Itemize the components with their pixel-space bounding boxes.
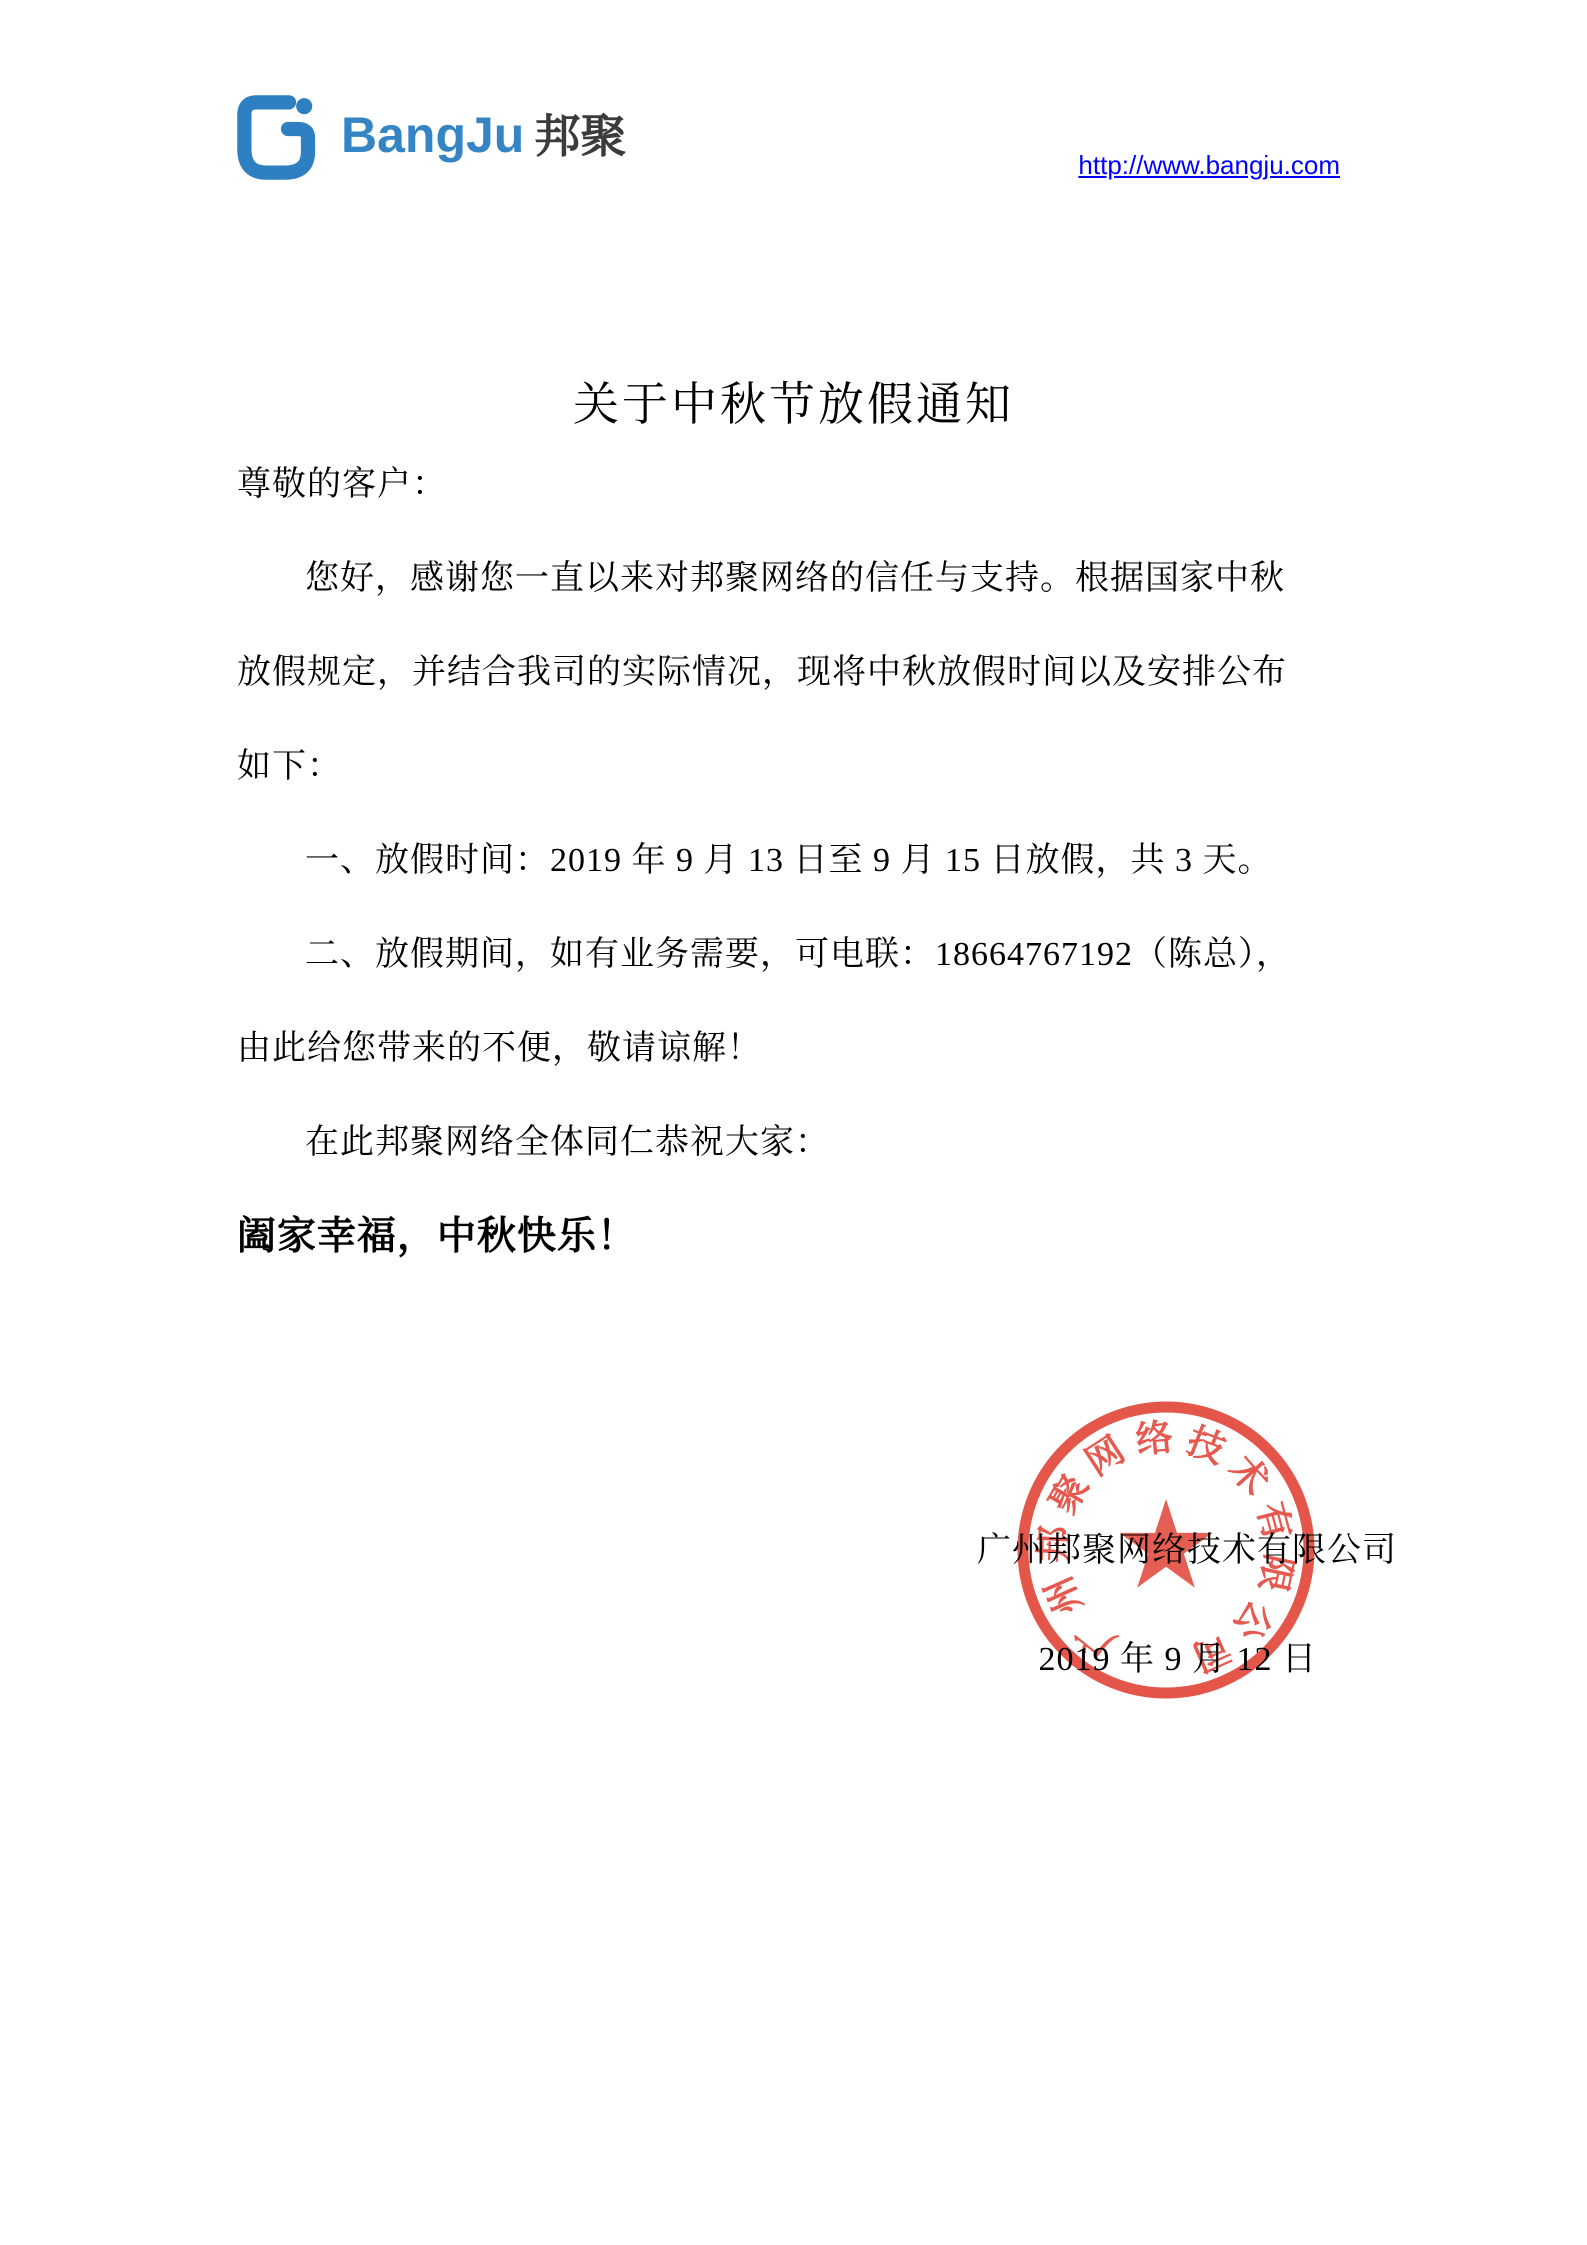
document-body: 尊敬的客户：您好，感谢您一直以来对邦聚网络的信任与支持。根据国家中秋放假规定，并… [237, 438, 1345, 1284]
seal-char: 术 [1221, 1448, 1277, 1504]
brand-latin: BangJu [341, 110, 524, 160]
seal-char: 聚 [1042, 1468, 1097, 1521]
body-line: 由此给您带来的不便，敬请谅解！ [237, 1002, 1345, 1096]
body-line: 如下： [237, 720, 1345, 814]
signature-date: 2019 年 9 月 12 日 [977, 1631, 1397, 1680]
company-logo: BangJu 邦聚 [232, 90, 626, 185]
body-line: 二、放假期间，如有业务需要，可电联：18664767192（陈总）， [237, 908, 1345, 1002]
closing-wish-line: 阖家幸福，中秋快乐！ [237, 1190, 1345, 1284]
document-page: BangJu 邦聚 http://www.bangju.com 关于中秋节放假通… [0, 0, 1587, 2245]
body-line: 您好，感谢您一直以来对邦聚网络的信任与支持。根据国家中秋 [237, 532, 1345, 626]
logo-dot [296, 98, 312, 114]
website-link[interactable]: http://www.bangju.com [1078, 150, 1340, 185]
body-line: 在此邦聚网络全体同仁恭祝大家： [237, 1096, 1345, 1190]
bangju-logo-icon [232, 90, 327, 185]
body-line: 尊敬的客户： [237, 438, 1345, 532]
seal-char: 技 [1181, 1420, 1231, 1472]
document-title: 关于中秋节放假通知 [0, 368, 1587, 434]
brand-cjk: 邦聚 [534, 113, 626, 159]
body-line: 一、放假时间：2019 年 9 月 13 日至 9 月 15 日放假，共 3 天… [237, 814, 1345, 908]
body-line: 放假规定，并结合我司的实际情况，现将中秋放假时间以及安排公布 [237, 626, 1345, 720]
seal-char: 络 [1134, 1416, 1175, 1462]
signature-company: 广州邦聚网络技术有限公司 [977, 1522, 1397, 1571]
page-header: BangJu 邦聚 http://www.bangju.com [232, 90, 1340, 185]
seal-char: 网 [1079, 1430, 1132, 1485]
brand-text: BangJu 邦聚 [341, 110, 626, 166]
signature-block: 广州邦聚网络技术有限公司 2019 年 9 月 12 日 [977, 1522, 1397, 1680]
